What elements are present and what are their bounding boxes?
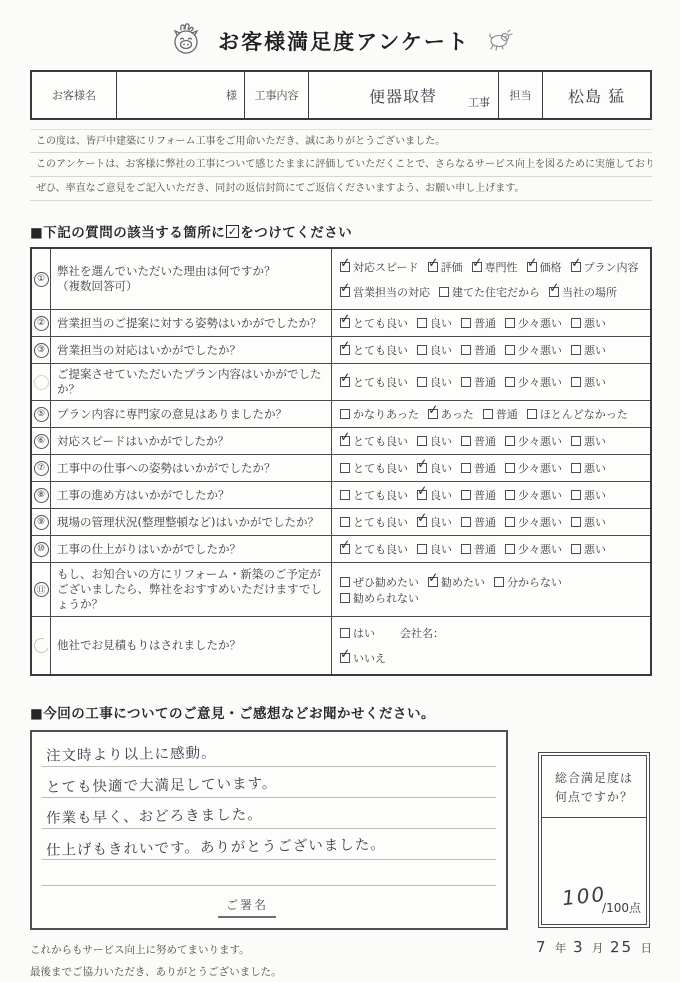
option-checkbox[interactable]	[428, 409, 438, 419]
survey-option[interactable]: ぜひ勧めたい	[340, 574, 419, 590]
option-checkbox[interactable]	[340, 544, 350, 554]
survey-option[interactable]: 良い	[417, 342, 452, 358]
date-field: 7 年 3 月 25 日	[536, 938, 652, 956]
survey-option[interactable]: 普通	[461, 460, 496, 476]
question-number-12	[31, 636, 51, 656]
option-checkbox[interactable]	[340, 490, 350, 500]
option-checkbox[interactable]	[505, 345, 515, 355]
option-checkbox[interactable]	[571, 490, 581, 500]
survey-option[interactable]: 評価	[428, 259, 463, 275]
option-checkbox[interactable]	[461, 345, 471, 355]
survey-row-8: ⑧ 工事の進め方はいかがでしたか？ とても良い 良い 普通 少々悪い 悪い	[32, 481, 650, 508]
score-box-title: 総合満足度は 何点ですか？	[542, 756, 646, 818]
option-checkbox[interactable]	[461, 436, 471, 446]
survey-option[interactable]: とても良い	[340, 460, 408, 476]
option-checkbox[interactable]	[527, 262, 537, 272]
survey-option[interactable]: 良い	[417, 541, 452, 557]
survey-option[interactable]: 悪い	[571, 514, 606, 530]
option-checkbox[interactable]	[571, 262, 581, 272]
date-day-value: 25	[610, 938, 633, 956]
survey-option[interactable]: 悪い	[571, 342, 606, 358]
survey-option[interactable]: 少々悪い	[505, 541, 562, 557]
survey-row-7: ⑦ 工事中の仕事への姿勢はいかがでしたか？ とても良い 良い 普通 少々悪い 悪…	[32, 454, 650, 481]
survey-option[interactable]: 普通	[461, 487, 496, 503]
signature-label: ご署名	[218, 896, 276, 913]
survey-option[interactable]: とても良い	[340, 315, 408, 331]
option-checkbox[interactable]	[340, 517, 350, 527]
survey-option[interactable]: ほとんどなかった	[527, 406, 628, 422]
survey-option[interactable]: 悪い	[571, 460, 606, 476]
survey-option[interactable]: 良い	[417, 315, 452, 331]
option-checkbox[interactable]	[472, 262, 482, 272]
survey-option[interactable]: 少々悪い	[505, 342, 562, 358]
option-checkbox[interactable]	[461, 544, 471, 554]
survey-option[interactable]: 営業担当の対応	[340, 284, 430, 300]
question-number-10: ⑩	[34, 542, 49, 557]
staff-label: 担当	[498, 72, 542, 118]
survey-option[interactable]: 価格	[527, 259, 562, 275]
survey-option[interactable]: とても良い	[340, 514, 408, 530]
customer-name-field: 様	[116, 72, 244, 118]
option-checkbox[interactable]	[461, 318, 471, 328]
option-checkbox[interactable]	[505, 517, 515, 527]
question-number-3: ③	[34, 343, 49, 358]
work-content-label: 工事内容	[244, 72, 308, 118]
option-checkbox[interactable]	[505, 544, 515, 554]
option-checkbox[interactable]	[340, 345, 350, 355]
page-title: お客様満足度アンケート	[218, 26, 470, 56]
option-checkbox[interactable]	[571, 377, 581, 387]
survey-option[interactable]: 良い	[417, 433, 452, 449]
question-9: 現場の管理状況(整理整頓など)はいかがでしたか？	[51, 509, 332, 535]
option-checkbox[interactable]	[340, 628, 350, 638]
option-checkbox[interactable]	[417, 517, 427, 527]
option-checkbox[interactable]	[505, 377, 515, 387]
survey-table: ① 弊社を選んでいただいた理由は何ですか？ （複数回答可） 対応スピード 評価 …	[30, 247, 652, 676]
option-checkbox[interactable]	[494, 577, 504, 587]
question-4: ご提案させていただいたプラン内容はいかがでしたか？	[51, 364, 332, 400]
option-checkbox[interactable]	[461, 463, 471, 473]
question-number-1: ①	[34, 272, 49, 287]
work-content-value: 便器取替	[369, 83, 437, 107]
comments-section-heading: ■今回の工事についてのご意見・ご感想などお聞かせください。	[30, 702, 652, 722]
survey-option[interactable]: 分からない	[494, 574, 562, 590]
option-checkbox[interactable]	[340, 377, 350, 387]
date-year-value: 7	[536, 938, 548, 956]
score-denominator: /100点	[602, 899, 641, 916]
survey-option[interactable]: 良い	[417, 374, 452, 390]
survey-option[interactable]: 普通	[461, 315, 496, 331]
option-checkbox[interactable]	[505, 318, 515, 328]
option-checkbox[interactable]	[417, 490, 427, 500]
survey-option[interactable]: いいえ	[340, 650, 386, 666]
option-checkbox[interactable]	[340, 463, 350, 473]
option-checkbox[interactable]	[571, 544, 581, 554]
option-checkbox[interactable]	[340, 577, 350, 587]
work-suffix: 工事	[468, 94, 490, 110]
question-11: もし、お知合いの方にリフォーム・新築のご予定がございましたら、弊社をおすすめいた…	[51, 563, 332, 616]
question-5: プラン内容に専門家の意見はありましたか？	[51, 401, 332, 427]
survey-option[interactable]: 普通	[461, 374, 496, 390]
survey-option[interactable]: 普通	[461, 342, 496, 358]
overall-score-box: 総合満足度は 何点ですか？ 100 /100点	[538, 752, 650, 928]
question-8: 工事の進め方はいかがでしたか？	[51, 482, 332, 508]
comment-line-4: 仕上げもきれいです。ありがとうございました。	[42, 829, 496, 860]
survey-option[interactable]: 少々悪い	[505, 487, 562, 503]
option-checkbox[interactable]	[461, 377, 471, 387]
comment-line-2: とても快適で大満足しています。	[42, 767, 496, 798]
footer-line-2: 最後までご協力いただき、ありがとうございました。	[30, 961, 652, 982]
option-checkbox[interactable]	[340, 653, 350, 663]
customer-info-bar: お客様名 様 工事内容 便器取替 工事 担当 松島 猛	[30, 70, 652, 120]
survey-option[interactable]: 対応スピード	[340, 259, 419, 275]
survey-option[interactable]: 悪い	[571, 374, 606, 390]
customer-name-label: お客様名	[32, 72, 116, 118]
option-checkbox[interactable]	[571, 517, 581, 527]
option-checkbox[interactable]	[428, 262, 438, 272]
option-checkbox[interactable]	[461, 517, 471, 527]
option-checkbox[interactable]	[571, 436, 581, 446]
page-header: お客様満足度アンケート	[30, 22, 652, 60]
survey-option[interactable]: 少々悪い	[505, 514, 562, 530]
option-checkbox[interactable]	[571, 345, 581, 355]
question-3: 営業担当の対応はいかがでしたか？	[51, 337, 332, 363]
question-number-5: ⑤	[34, 407, 49, 422]
option-checkbox[interactable]	[340, 262, 350, 272]
question-number-9: ⑨	[34, 515, 49, 530]
option-checkbox[interactable]	[527, 409, 537, 419]
survey-option[interactable]: 普通	[461, 433, 496, 449]
survey-option[interactable]: 建てた住宅だから	[439, 284, 540, 300]
comment-line-5	[42, 860, 496, 886]
comment-line-1: 注文時より以上に感動。	[42, 736, 496, 767]
option-checkbox[interactable]	[417, 318, 427, 328]
date-month-unit: 月	[592, 940, 604, 956]
survey-option[interactable]: 少々悪い	[505, 374, 562, 390]
question-number-11: ⑪	[34, 582, 49, 597]
question-number-8: ⑧	[34, 488, 49, 503]
survey-option[interactable]: とても良い	[340, 541, 408, 557]
staff-field: 松島 猛	[542, 72, 650, 118]
option-checkbox[interactable]	[571, 463, 581, 473]
option-checkbox[interactable]	[483, 409, 493, 419]
survey-row-9: ⑨ 現場の管理状況(整理整頓など)はいかがでしたか？ とても良い 良い 普通 少…	[32, 508, 650, 535]
survey-row-6: ⑥ 対応スピードはいかがでしたか？ とても良い 良い 普通 少々悪い 悪い	[32, 427, 650, 454]
survey-option[interactable]: とても良い	[340, 342, 408, 358]
survey-page: お客様満足度アンケート お客様名 様 工事内容 便器取替	[0, 0, 680, 982]
survey-option[interactable]: とても良い	[340, 487, 408, 503]
option-checkbox[interactable]	[549, 287, 559, 297]
work-content-field: 便器取替 工事	[308, 72, 498, 118]
survey-option[interactable]: 悪い	[571, 315, 606, 331]
survey-option[interactable]: 普通	[461, 514, 496, 530]
question-10: 工事の仕上がりはいかがでしたか？	[51, 536, 332, 562]
question-number-4	[34, 375, 49, 390]
date-month-value: 3	[573, 938, 585, 956]
date-day-unit: 日	[641, 940, 653, 956]
option-checkbox[interactable]	[505, 463, 515, 473]
option-checkbox[interactable]	[417, 463, 427, 473]
survey-row-12: 他社でお見積もりはされましたか？ はい 会社名： いいえ	[32, 616, 650, 674]
survey-row-1: ① 弊社を選んでいただいた理由は何ですか？ （複数回答可） 対応スピード 評価 …	[32, 249, 650, 309]
option-checkbox[interactable]	[571, 318, 581, 328]
survey-row-2: ② 営業担当のご提案に対する姿勢はいかがでしたか？ とても良い 良い 普通 少々…	[32, 309, 650, 336]
question-number-6: ⑥	[34, 434, 49, 449]
survey-row-3: ③ 営業担当の対応はいかがでしたか？ とても良い 良い 普通 少々悪い 悪い	[32, 336, 650, 363]
date-year-unit: 年	[555, 940, 567, 956]
survey-option[interactable]: 少々悪い	[505, 315, 562, 331]
option-checkbox[interactable]	[439, 287, 449, 297]
survey-option[interactable]: 少々悪い	[505, 433, 562, 449]
checked-box-icon: ✓	[226, 225, 239, 238]
question-12: 他社でお見積もりはされましたか？	[51, 617, 332, 674]
pig-face-icon	[168, 22, 204, 60]
survey-option[interactable]: 良い	[417, 514, 452, 530]
survey-option[interactable]: 少々悪い	[505, 460, 562, 476]
intro-line-3: ぜひ、率直なご意見をご記入いただき、同封の返信封筒にてご返信くださいますよう、お…	[30, 177, 652, 201]
option-checkbox[interactable]	[340, 593, 350, 603]
question-number-2: ②	[34, 316, 49, 331]
survey-option[interactable]: とても良い	[340, 433, 408, 449]
question-1: 弊社を選んでいただいた理由は何ですか？ （複数回答可）	[51, 249, 332, 309]
survey-option[interactable]: 勧められない	[340, 590, 419, 606]
option-checkbox[interactable]	[428, 577, 438, 587]
signature-area: ご署名	[218, 896, 276, 918]
survey-option[interactable]: 悪い	[571, 433, 606, 449]
comment-line-3: 作業も早く、おどろきました。	[42, 798, 496, 829]
question-7: 工事中の仕事への姿勢はいかがでしたか？	[51, 455, 332, 481]
option-checkbox[interactable]	[417, 345, 427, 355]
option-checkbox[interactable]	[340, 409, 350, 419]
option-checkbox[interactable]	[417, 544, 427, 554]
intro-line-1: この度は、皆戸中建築にリフォーム工事をご用命いただき、誠にありがとうございました…	[30, 129, 652, 153]
survey-option[interactable]: 当社の場所	[549, 284, 617, 300]
option-checkbox[interactable]	[417, 377, 427, 387]
signature-line	[218, 916, 276, 918]
comments-box: 注文時より以上に感動。 とても快適で大満足しています。 作業も早く、おどろきまし…	[30, 730, 508, 930]
question-2: 営業担当のご提案に対する姿勢はいかがでしたか？	[51, 310, 332, 336]
intro-line-2: このアンケートは、お客様に弊社の工事について感じたままに評価していただくことで、…	[30, 153, 652, 177]
survey-option[interactable]: 普通	[483, 406, 518, 422]
option-checkbox[interactable]	[505, 490, 515, 500]
option-checkbox[interactable]	[340, 318, 350, 328]
survey-section-heading: ■下記の質問の該当する箇所に ✓ をつけてください	[30, 221, 652, 241]
survey-option[interactable]: 勧めたい	[428, 574, 485, 590]
survey-option[interactable]: とても良い	[340, 374, 408, 390]
option-checkbox[interactable]	[461, 490, 471, 500]
option-checkbox[interactable]	[340, 287, 350, 297]
survey-option[interactable]: 普通	[461, 541, 496, 557]
intro-text: この度は、皆戸中建築にリフォーム工事をご用命いただき、誠にありがとうございました…	[30, 129, 652, 201]
question-6: 対応スピードはいかがでしたか？	[51, 428, 332, 454]
survey-row-10: ⑩ 工事の仕上がりはいかがでしたか？ とても良い 良い 普通 少々悪い 悪い	[32, 535, 650, 562]
option-checkbox[interactable]	[340, 436, 350, 446]
pig-stamp-icon	[484, 24, 514, 58]
survey-option[interactable]: 専門性	[472, 259, 518, 275]
survey-option[interactable]: 悪い	[571, 541, 606, 557]
survey-option[interactable]: はい	[340, 625, 375, 641]
survey-row-5: ⑤ プラン内容に専門家の意見はありましたか？ かなりあった あった 普通 ほとん…	[32, 400, 650, 427]
score-value: 100	[561, 882, 607, 910]
company-name-label: 会社名：	[400, 625, 444, 641]
customer-suffix: 様	[226, 87, 237, 103]
survey-option[interactable]: かなりあった	[340, 406, 419, 422]
survey-row-4: ご提案させていただいたプラン内容はいかがでしたか？ とても良い 良い 普通 少々…	[32, 363, 650, 400]
survey-option[interactable]: プラン内容	[571, 259, 639, 275]
option-checkbox[interactable]	[417, 436, 427, 446]
question-number-7: ⑦	[34, 461, 49, 476]
staff-value: 松島 猛	[568, 83, 625, 107]
survey-row-11: ⑪ もし、お知合いの方にリフォーム・新築のご予定がございましたら、弊社をおすすめ…	[32, 562, 650, 616]
survey-option[interactable]: 良い	[417, 460, 452, 476]
survey-option[interactable]: 良い	[417, 487, 452, 503]
survey-option[interactable]: あった	[428, 406, 474, 422]
survey-option[interactable]: 悪い	[571, 487, 606, 503]
option-checkbox[interactable]	[505, 436, 515, 446]
